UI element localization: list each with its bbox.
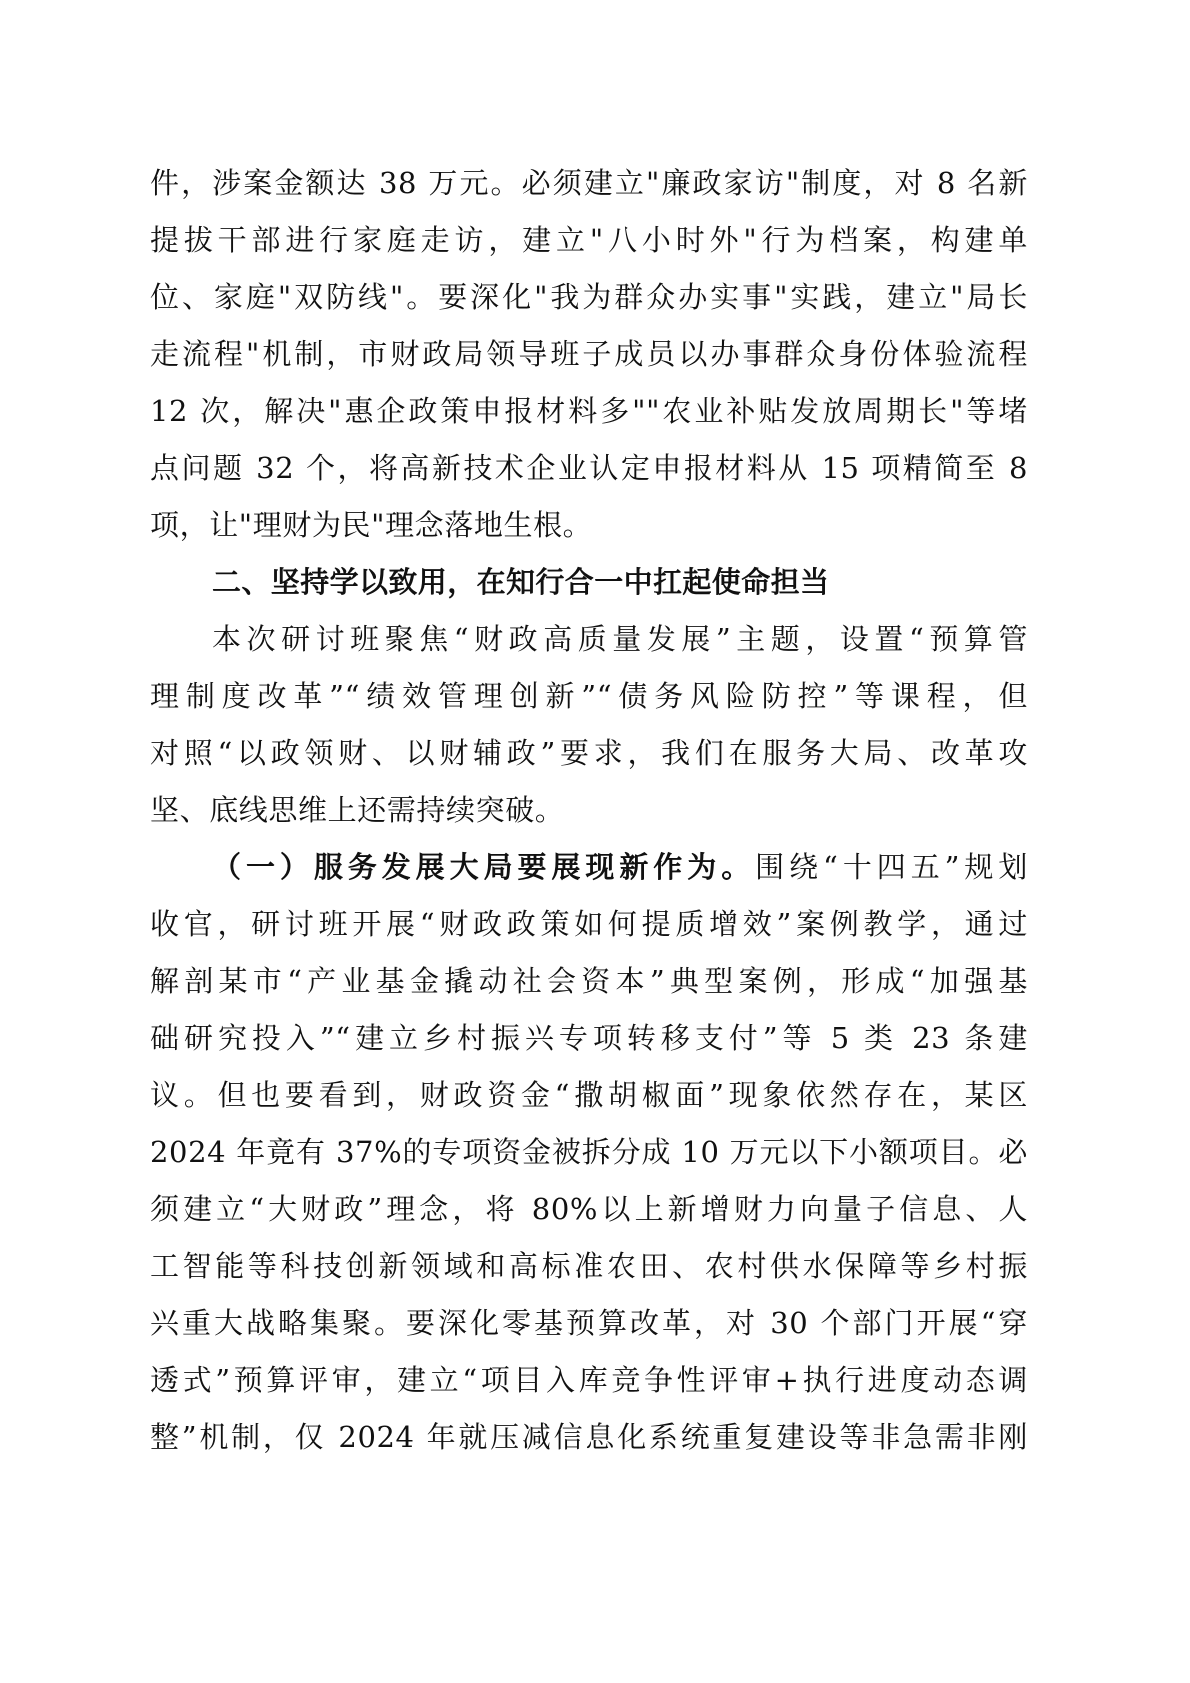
text-line: 解剖某市“产业基金撬动社会资本”典型案例，形成“加强基 [150, 953, 1028, 1010]
paragraph-intro: 本次研讨班聚焦“财政高质量发展”主题，设置“预算管 理制度改革”“绩效管理创新”… [150, 611, 1028, 839]
text-line: 收官，研讨班开展“财政政策如何提质增效”案例教学，通过 [150, 896, 1028, 953]
subsection-heading: （一）服务发展大局要展现新作为。 [212, 850, 755, 884]
text-run: 围绕“十四五”规划 [755, 850, 1028, 884]
text-line: 对照“以政领财、以财辅政”要求，我们在服务大局、改革攻 [150, 725, 1028, 782]
section-heading: 二、坚持学以致用，在知行合一中扛起使命担当 [150, 554, 1028, 611]
text-line: 项，让"理财为民"理念落地生根。 [150, 497, 1028, 554]
text-line: 本次研讨班聚焦“财政高质量发展”主题，设置“预算管 [150, 611, 1028, 668]
text-line: 坚、底线思维上还需持续突破。 [150, 782, 1028, 839]
text-line: 须建立“大财政”理念，将 80%以上新增财力向量子信息、人 [150, 1181, 1028, 1238]
document-page: 件，涉案金额达 38 万元。必须建立"廉政家访"制度，对 8 名新 提拔干部进行… [150, 155, 1028, 1466]
text-line: 整”机制，仅 2024 年就压减信息化系统重复建设等非急需非刚 [150, 1409, 1028, 1466]
text-line: 12 次，解决"惠企政策申报材料多""农业补贴发放周期长"等堵 [150, 383, 1028, 440]
text-line: 位、家庭"双防线"。要深化"我为群众办实事"实践，建立"局长 [150, 269, 1028, 326]
text-line: 础研究投入”“建立乡村振兴专项转移支付”等 5 类 23 条建 [150, 1010, 1028, 1067]
text-line: 透式”预算评审，建立“项目入库竞争性评审+执行进度动态调 [150, 1352, 1028, 1409]
text-line-with-subheading: （一）服务发展大局要展现新作为。围绕“十四五”规划 [150, 839, 1028, 896]
text-line: 议。但也要看到，财政资金“撒胡椒面”现象依然存在，某区 [150, 1067, 1028, 1124]
paragraph-continuation: 件，涉案金额达 38 万元。必须建立"廉政家访"制度，对 8 名新 提拔干部进行… [150, 155, 1028, 554]
paragraph-subsection-1: （一）服务发展大局要展现新作为。围绕“十四五”规划 收官，研讨班开展“财政政策如… [150, 839, 1028, 1466]
text-line: 走流程"机制，市财政局领导班子成员以办事群众身份体验流程 [150, 326, 1028, 383]
text-line: 兴重大战略集聚。要深化零基预算改革，对 30 个部门开展“穿 [150, 1295, 1028, 1352]
text-line: 工智能等科技创新领域和高标准农田、农村供水保障等乡村振 [150, 1238, 1028, 1295]
text-line: 理制度改革”“绩效管理创新”“债务风险防控”等课程，但 [150, 668, 1028, 725]
text-line: 2024 年竟有 37%的专项资金被拆分成 10 万元以下小额项目。必 [150, 1124, 1028, 1181]
text-line: 提拔干部进行家庭走访，建立"八小时外"行为档案，构建单 [150, 212, 1028, 269]
text-line: 件，涉案金额达 38 万元。必须建立"廉政家访"制度，对 8 名新 [150, 155, 1028, 212]
text-line: 点问题 32 个，将高新技术企业认定申报材料从 15 项精简至 8 [150, 440, 1028, 497]
